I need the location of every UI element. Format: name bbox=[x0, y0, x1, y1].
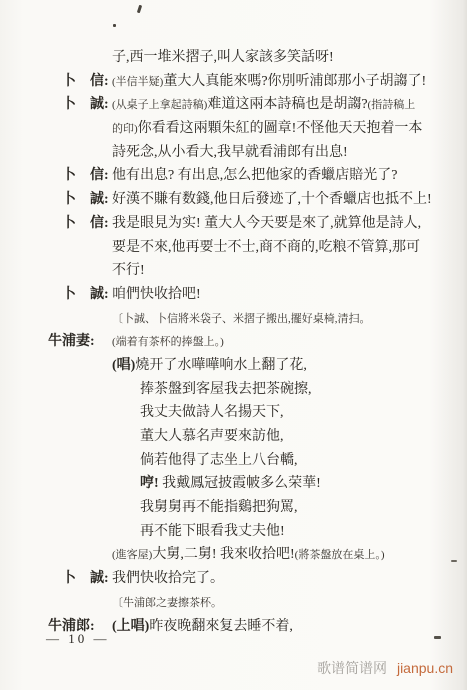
dialogue-text: 大舅,二舅! 我來收拾吧! bbox=[152, 547, 294, 562]
ink-speck bbox=[137, 5, 142, 14]
script-line: (唱)燒开了水嘩嘩响水上翻了花, bbox=[0, 354, 467, 378]
dialogue-text: 我丈夫做詩人名揚天下, bbox=[140, 405, 284, 420]
script-line: 〔卜誠、卜信將米袋子、米摺子搬出,擺好桌椅,清扫。 bbox=[0, 307, 467, 331]
script-line: 的印)你看看这兩顆朱紅的圖章!不怪他天天抱着一本 bbox=[0, 117, 467, 141]
script-line-dialogue: 卜 誠:好漢不賺有数錢,他日后發迹了,十个香蠟店也抵不上! bbox=[0, 188, 467, 212]
script-text-block: 子,西一堆米摺子,叫人家該多笑話呀!卜 信:(半信半疑)董大人真能來嗎?你別听浦… bbox=[0, 46, 467, 638]
stage-direction: (端着有茶杯的捧盤上。) bbox=[112, 336, 224, 348]
script-line: 我丈夫做詩人名揚天下, bbox=[0, 401, 467, 425]
stage-direction: (進客屋) bbox=[112, 549, 152, 561]
dialogue-text: 哼! bbox=[140, 476, 159, 491]
dialogue-text: 好漢不賺有数錢,他日后發迹了,十个香蠟店也抵不上! bbox=[112, 192, 432, 207]
dialogue-text: 我舅舅再不能指鷄把狗罵, bbox=[140, 500, 298, 515]
dialogue-text: (唱) bbox=[112, 358, 135, 373]
stage-direction: (將茶盤放在桌上。) bbox=[295, 549, 385, 561]
dialogue-text: 不行! bbox=[112, 263, 145, 278]
dialogue-text: 他有出息? 有出息,怎么把他家的香蠟店賠光了? bbox=[112, 168, 397, 183]
dialogue-text: 燒开了水嘩嘩响水上翻了花, bbox=[135, 358, 307, 373]
script-line: 子,西一堆米摺子,叫人家該多笑話呀! bbox=[0, 46, 467, 70]
stage-direction: (指詩稿上 bbox=[368, 99, 416, 111]
speaker-name: 卜 信: bbox=[62, 164, 109, 188]
script-line: (進客屋)大舅,二舅! 我來收拾吧!(將茶盤放在桌上。) bbox=[0, 543, 467, 567]
script-line: 不行! bbox=[0, 259, 467, 283]
speaker-name: 卜 誠: bbox=[62, 283, 109, 307]
scanned-script-page: 子,西一堆米摺子,叫人家該多笑話呀!卜 信:(半信半疑)董大人真能來嗎?你別听浦… bbox=[0, 0, 467, 690]
dialogue-text: 我們快收拾完了。 bbox=[112, 571, 224, 586]
speaker-name: 卜 信: bbox=[62, 212, 109, 236]
dialogue-text: 捧茶盤到客屋我去把茶碗擦, bbox=[140, 382, 312, 397]
script-line-dialogue: 卜 誠:(从桌子上拿起詩稿)难道这兩本詩稿也是胡謅?(指詩稿上 bbox=[0, 93, 467, 117]
dialogue-text: 难道这兩本詩稿也是胡謅? bbox=[207, 97, 367, 112]
stage-direction: 〔卜誠、卜信將米袋子、米摺子搬出,擺好桌椅,清扫。 bbox=[112, 313, 371, 325]
dialogue-text: 要是不來,他再要士不士,商不商的,吃粮不管算,那可 bbox=[112, 240, 420, 255]
speaker-name: 牛浦妻: bbox=[48, 330, 95, 354]
speaker-name: 卜 誠: bbox=[62, 188, 109, 212]
dialogue-text: 你看看这兩顆朱紅的圖章!不怪他天天抱着一本 bbox=[138, 121, 423, 136]
script-line-dialogue: 卜 信:(半信半疑)董大人真能來嗎?你別听浦郎那小子胡謅了! bbox=[0, 70, 467, 94]
dialogue-text: 我戴鳳冠披霞帔多么荣華! bbox=[159, 476, 321, 491]
stage-direction: (半信半疑) bbox=[112, 76, 163, 88]
speaker-name: 卜 誠: bbox=[62, 567, 109, 591]
dialogue-text: 咱們快收拾吧! bbox=[112, 287, 201, 302]
stage-direction: (从桌子上拿起詩稿) bbox=[112, 99, 207, 111]
script-line: 〔牛浦郎之妻擦茶杯。 bbox=[0, 591, 467, 615]
script-line-dialogue: 卜 誠:我們快收拾完了。 bbox=[0, 567, 467, 591]
stage-direction: 〔牛浦郎之妻擦茶杯。 bbox=[112, 597, 222, 609]
watermark: 歌谱简谱网 jianpu.cn bbox=[317, 658, 453, 678]
script-line: 我舅舅再不能指鷄把狗罵, bbox=[0, 496, 467, 520]
script-line-dialogue: 卜 誠:咱們快收拾吧! bbox=[0, 283, 467, 307]
script-line: 哼! 我戴鳳冠披霞帔多么荣華! bbox=[0, 472, 467, 496]
dialogue-text: 昨夜晚翻來复去睡不着, bbox=[149, 619, 293, 634]
page-number: — 10 — bbox=[46, 631, 110, 647]
script-line-dialogue: 卜 信:他有出息? 有出息,怎么把他家的香蠟店賠光了? bbox=[0, 164, 467, 188]
stage-direction: 的印) bbox=[112, 123, 138, 135]
watermark-site-name: 歌谱简谱网 bbox=[317, 660, 387, 676]
script-line: 董大人慕名声要來訪他, bbox=[0, 425, 467, 449]
script-line: 捧茶盤到客屋我去把茶碗擦, bbox=[0, 378, 467, 402]
dialogue-text: 我是眼見为实! 董大人今天要是來了,就算他是詩人, bbox=[112, 216, 421, 231]
script-line-dialogue: 卜 信:我是眼見为实! 董大人今天要是來了,就算他是詩人, bbox=[0, 212, 467, 236]
dialogue-text: 子,西一堆米摺子,叫人家該多笑話呀! bbox=[112, 50, 334, 65]
dialogue-text: 董大人真能來嗎?你別听浦郎那小子胡謅了! bbox=[163, 74, 426, 89]
script-line: 再不能下眼看我丈夫他! bbox=[0, 520, 467, 544]
script-line: 倘若他得了志坐上八台轎, bbox=[0, 449, 467, 473]
script-line: 要是不來,他再要士不士,商不商的,吃粮不管算,那可 bbox=[0, 236, 467, 260]
speaker-name: 卜 信: bbox=[62, 70, 109, 94]
speaker-name: 卜 誠: bbox=[62, 93, 109, 117]
ink-speck bbox=[113, 24, 116, 27]
dialogue-text: 詩死念,从小看大,我早就看浦郎有出息! bbox=[112, 145, 348, 160]
dialogue-text: 再不能下眼看我丈夫他! bbox=[140, 524, 285, 539]
dialogue-text: 董大人慕名声要來訪他, bbox=[140, 429, 284, 444]
dialogue-text: 倘若他得了志坐上八台轎, bbox=[140, 453, 298, 468]
dialogue-text: (上唱) bbox=[112, 619, 149, 634]
script-line-dialogue: 牛浦妻:(端着有茶杯的捧盤上。) bbox=[0, 330, 467, 354]
script-line: 詩死念,从小看大,我早就看浦郎有出息! bbox=[0, 141, 467, 165]
watermark-site-url: jianpu.cn bbox=[397, 660, 453, 676]
